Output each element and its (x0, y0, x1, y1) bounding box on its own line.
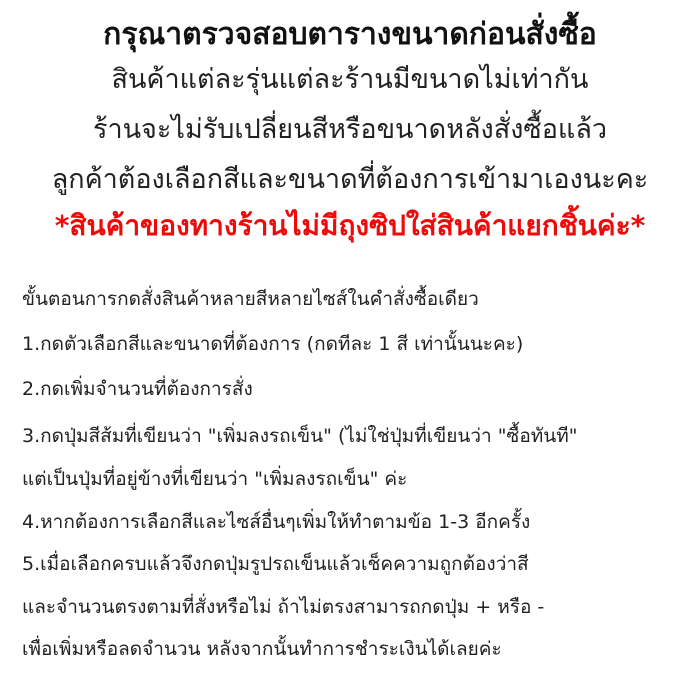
instruction-step-5-end: เพื่อเพิ่มหรือลดจำนวน หลังจากนั้นทำการชำ… (22, 640, 502, 659)
instruction-step-4: 4.หากต้องการเลือกสีและไซส์อื่นๆเพิ่มให้ท… (22, 513, 530, 532)
instruction-step-3: 3.กดปุ่มสีส้มที่เขียนว่า "เพิ่มลงรถเข็น"… (22, 427, 578, 446)
instruction-step-5: 5.เมื่อเลือกครบแล้วจึงกดปุ่มรูปรถเข็นแล้… (22, 555, 529, 574)
notice-line-no-exchange: ร้านจะไม่รับเปลี่ยนสีหรือขนาดหลังสั่งซื้… (0, 116, 700, 143)
notice-line-size-differs: สินค้าแต่ละรุ่นแต่ละร้านมีขนาดไม่เท่ากัน (0, 66, 700, 93)
instruction-step-3-cont: แต่เป็นปุ่มที่อยู่ข้างที่เขียนว่า "เพิ่ม… (22, 470, 407, 489)
notice-line-choose-yourself: ลูกค้าต้องเลือกสีและขนาดที่ต้องการเข้ามา… (0, 166, 700, 193)
instruction-step-5-cont: และจำนวนตรงตามที่สั่งหรือไม่ ถ้าไม่ตรงสา… (22, 598, 544, 617)
instruction-step-1: 1.กดตัวเลือกสีและขนาดที่ต้องการ (กดทีละ … (22, 335, 523, 354)
instruction-step-2: 2.กดเพิ่มจำนวนที่ต้องการสั่ง (22, 380, 253, 399)
instructions-heading: ขั้นตอนการกดสั่งสินค้าหลายสีหลายไซส์ในคำ… (22, 290, 479, 309)
warning-no-zip-bag: *สินค้าของทางร้านไม่มีถุงซิปใส่สินค้าแยก… (0, 212, 700, 240)
notice-title: กรุณาตรวจสอบตารางขนาดก่อนสั่งซื้อ (0, 20, 700, 50)
